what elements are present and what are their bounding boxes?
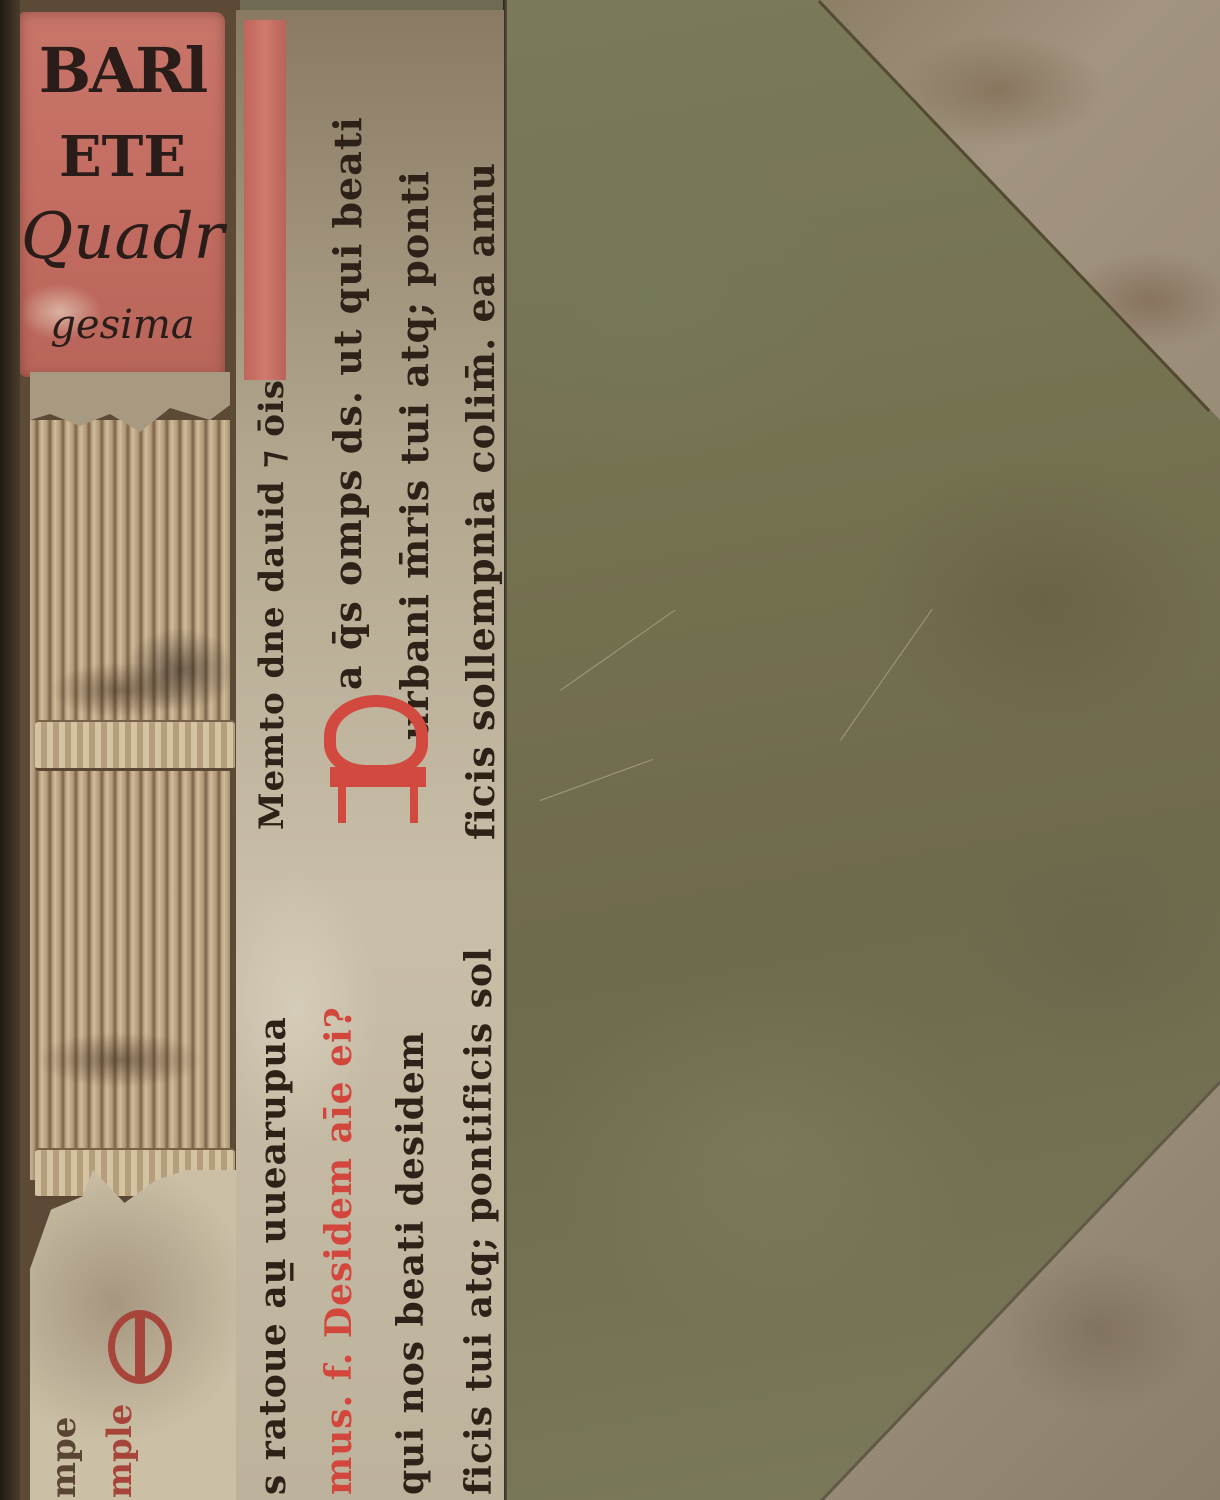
manuscript-line-7: qui nos beati desidem [390,1031,432,1495]
fragment-text-1: mpe [44,1417,84,1498]
label-line-2: ETE [20,124,225,190]
red-initial-d [318,695,438,825]
label-line-3: Quadr [20,200,225,274]
book-photo: BARl ETE Quadr gesima mpe mple Memto dne… [0,0,1220,1500]
manuscript-line-2: a q̄s omps ds. ut qui beati [325,116,370,690]
manuscript-line-8: ficis tui atq; pontificis sol [458,947,500,1495]
fragment-text-2: mple [100,1404,140,1498]
raised-band-1 [35,720,235,771]
manuscript-line-6-rubric: mus. f. Desidem aīe ei? [318,1006,360,1495]
manuscript-line-1: Memto dne dauid ⁊ ōis [252,379,292,830]
manuscript-line-3: urbani m̄ris tui atq; ponti [392,170,437,740]
label-line-4: gesima [20,302,225,348]
manuscript-line-5: s ratoue au̲ uuearupua [252,1016,294,1495]
label-line-1: BARl [20,34,225,107]
red-label-edge [244,20,286,380]
fragment-red-initial [108,1310,172,1384]
spine-stains [30,420,230,1180]
manuscript-line-4: ficis sollempnia colim̄. ea amu [458,162,503,840]
spine-shadow-edge [0,0,20,1500]
spine-title-label: BARl ETE Quadr gesima [20,12,225,377]
